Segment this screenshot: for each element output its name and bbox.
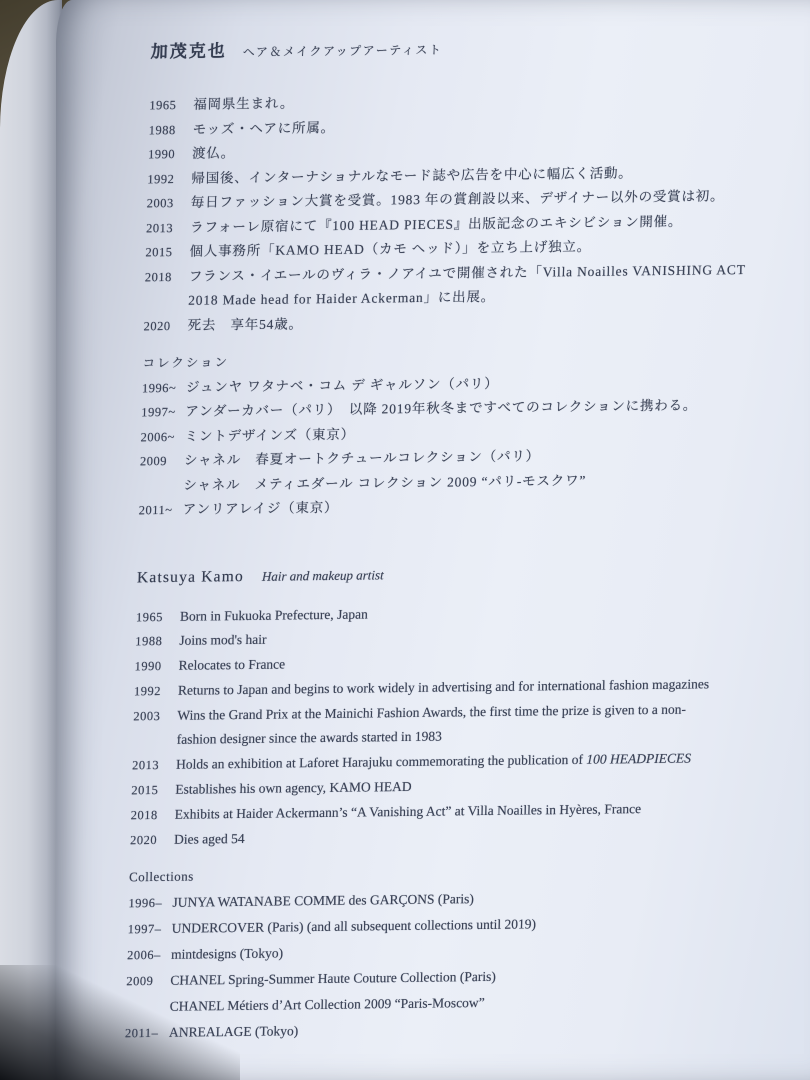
jp-header: 加茂克也ヘア＆メイクアップアーティスト — [150, 33, 776, 66]
timeline-text: Born in Fukuoka Prefecture, Japan — [180, 602, 369, 629]
timeline-row: 2003Wins the Grand Prix at the Mainichi … — [132, 696, 759, 753]
timeline-year: 2013 — [146, 215, 191, 240]
timeline-year: 2020 — [130, 827, 175, 852]
timeline-year: 1990 — [134, 654, 179, 679]
collection-text: アンリアレイジ（東京） — [182, 496, 338, 522]
timeline-year: 1965 — [149, 93, 194, 118]
timeline-year: 1990 — [148, 142, 193, 167]
timeline-year: 1988 — [135, 629, 180, 654]
collection-year — [125, 994, 170, 1021]
collection-year: 1997– — [127, 916, 172, 943]
book-photo: 加茂克也ヘア＆メイクアップアーティスト 1965福岡県生まれ。 1988モッズ・… — [0, 0, 810, 1080]
timeline-text: Dies aged 54 — [174, 827, 245, 853]
collection-text: UNDERCOVER (Paris) (and all subsequent c… — [171, 911, 536, 941]
collection-year — [139, 473, 184, 498]
jp-name: 加茂克也 — [150, 41, 227, 61]
timeline-year: 1992 — [147, 166, 192, 191]
timeline-year: 2013 — [132, 753, 177, 778]
book-title-italic: 100 HEADPIECES — [586, 751, 691, 767]
page-content: 加茂克也ヘア＆メイクアップアーティスト 1965福岡県生まれ。 1988モッズ・… — [0, 0, 810, 1080]
timeline-year: 2020 — [143, 313, 188, 338]
timeline-year: 1988 — [148, 117, 193, 142]
collection-text: JUNYA WATANABE COMME des GARÇONS (Paris) — [172, 886, 474, 916]
timeline-year: 2015 — [145, 240, 190, 265]
jp-collections: 1996~ジュンヤ ワタナベ・コム デ ギャルソン（パリ） 1997~アンダーカ… — [138, 368, 767, 523]
timeline-year: 1965 — [136, 604, 181, 629]
timeline-year: 2003 — [146, 191, 191, 216]
timeline-year: 2015 — [131, 778, 176, 803]
collection-year: 1997~ — [141, 400, 186, 425]
timeline-year: 2003 — [132, 703, 177, 753]
timeline-text: 渡仏。 — [192, 141, 236, 166]
collection-text: CHANEL Spring-Summer Haute Couture Colle… — [170, 964, 496, 994]
timeline-text: Relocates to France — [178, 653, 285, 679]
collection-text: ミントデザインズ（東京） — [184, 422, 355, 449]
timeline-year: 2018 — [144, 264, 189, 314]
en-timeline: 1965Born in Fukuoka Prefecture, Japan 19… — [130, 597, 762, 853]
timeline-text: 福岡県生まれ。 — [193, 92, 295, 118]
timeline-year: 1992 — [134, 679, 179, 704]
timeline-text: モッズ・ヘアに所属。 — [192, 116, 335, 142]
collection-year: 2009 — [126, 968, 171, 995]
timeline-year: 2018 — [130, 803, 175, 828]
timeline-text: Joins mod's hair — [179, 628, 267, 654]
en-role: Hair and makeup artist — [262, 567, 384, 583]
collection-text: ANREALAGE (Tokyo) — [169, 1018, 299, 1046]
collection-year: 2011~ — [138, 498, 183, 523]
collection-year: 2006~ — [140, 424, 185, 449]
timeline-text: Wins the Grand Prix at the Mainichi Fash… — [176, 697, 686, 753]
timeline-row: 2018フランス・イエールのヴィラ・ノアイユで開催された「Villa Noail… — [144, 257, 771, 314]
collection-text: mintdesigns (Tokyo) — [171, 940, 284, 967]
timeline-text: 死去 享年54歳。 — [187, 312, 303, 338]
en-collections: 1996–JUNYA WATANABE COMME des GARÇONS (P… — [125, 883, 754, 1047]
jp-timeline: 1965福岡県生まれ。 1988モッズ・ヘアに所属。 1990渡仏。 1992帰… — [143, 86, 775, 339]
collection-year: 1996– — [128, 890, 173, 917]
biography-page: 加茂克也ヘア＆メイクアップアーティスト 1965福岡県生まれ。 1988モッズ・… — [125, 33, 777, 1047]
en-header: Katsuya KamoHair and makeup artist — [137, 557, 763, 591]
collection-text: CHANEL Métiers d’Art Collection 2009 “Pa… — [169, 990, 485, 1020]
collection-year: 1996~ — [142, 375, 187, 400]
collection-year: 2006– — [127, 942, 172, 969]
collection-text: シャネル メティエダール コレクション 2009 “パリ-モスクワ” — [183, 468, 586, 497]
jp-role: ヘア＆メイクアップアーティスト — [243, 43, 443, 59]
en-name: Katsuya Kamo — [137, 568, 244, 586]
collection-year: 2011– — [125, 1020, 170, 1047]
timeline-text: フランス・イエールのヴィラ・ノアイユで開催された「Villa Noailles … — [188, 258, 746, 314]
collection-year: 2009 — [140, 449, 185, 474]
timeline-text: Establishes his own agency, KAMO HEAD — [175, 775, 412, 803]
en-section: Katsuya KamoHair and makeup artist 1965B… — [125, 557, 763, 1046]
